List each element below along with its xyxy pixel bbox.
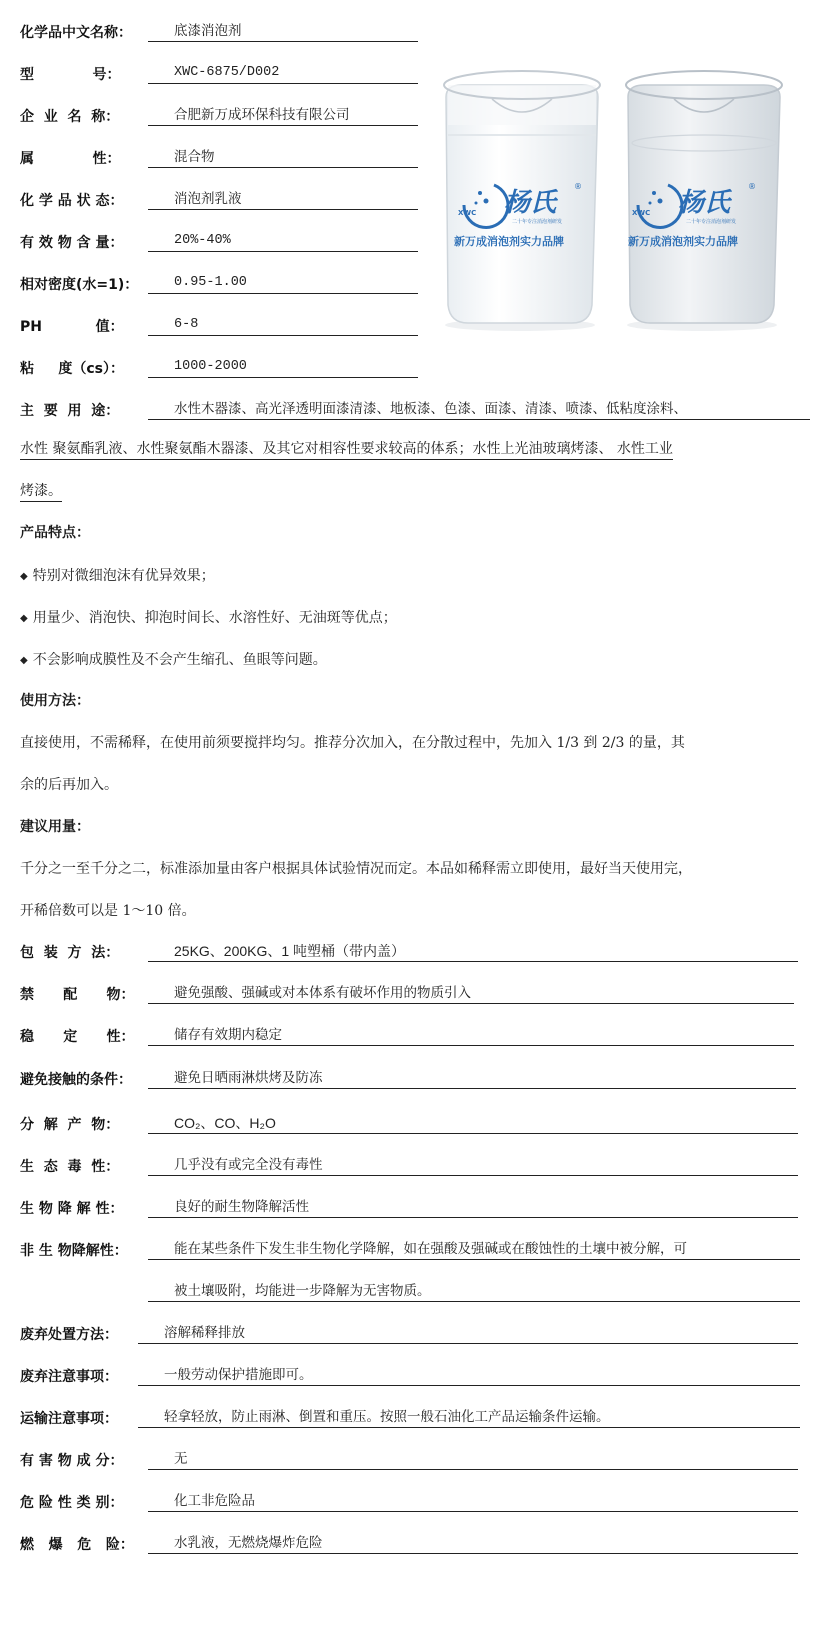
feature-item: 用量少、消泡快、抑泡时间长、水溶性好、无油斑等优点； (20, 607, 810, 627)
dosage-line: 千分之一至千分之二，标准添加量由客户根据具体试验情况而定。本品如稀释需立即使用，… (20, 858, 810, 878)
field-value: 避免日晒雨淋烘烤及防冻 (148, 1069, 796, 1089)
svg-text:®: ® (574, 182, 582, 191)
field-disposal-notes: 废弃注意事项： 一般劳动保护措施即可。 (20, 1362, 118, 1386)
field-packaging: 包 装 方 法： 25KG、200KG、1 吨塑桶（带内盖） (20, 938, 119, 962)
field-label: 稳 定 性： (20, 1028, 135, 1046)
field-value: 合肥新万成环保科技有限公司 (148, 106, 418, 126)
field-label: 包 装 方 法： (20, 944, 119, 962)
field-relative-density: 相对密度(水=1)： 0.95-1.00 (20, 270, 138, 294)
svg-text:杨氏: 杨氏 (678, 188, 733, 218)
svg-text:新万成消泡剂实力品牌: 新万成消泡剂实力品牌 (454, 234, 564, 248)
field-active-content: 有 效 物 含 量： 20%-40% (20, 228, 124, 252)
field-label: 燃 爆 危 险： (20, 1536, 134, 1554)
field-disposal-method: 废弃处置方法： 溶解稀释排放 (20, 1320, 118, 1344)
field-value: XWC-6875/D002 (148, 64, 418, 84)
field-chinese-name: 化学品中文名称： 底漆消泡剂 (20, 18, 132, 42)
main-use-line-2: 水性 聚氨酯乳液、水性聚氨酯木器漆、及其它对相容性要求较高的体系；水性上光油玻璃… (20, 438, 810, 460)
field-label: 分 解 产 物： (20, 1116, 119, 1134)
field-label: 禁 配 物： (20, 986, 135, 1004)
field-label: 生 态 毒 性： (20, 1158, 119, 1176)
field-decomposition: 分 解 产 物： CO₂、CO、H₂O (20, 1110, 119, 1134)
main-use-text: 水性 聚氨酯乳液、水性聚氨酯木器漆、及其它对相容性要求较高的体系；水性上光油玻璃… (20, 438, 673, 460)
field-eco-toxicity: 生 态 毒 性： 几乎没有或完全没有毒性 (20, 1152, 119, 1176)
field-biodegradability: 生 物 降 解 性： 良好的耐生物降解活性 (20, 1194, 124, 1218)
field-value: 化工非危险品 (148, 1492, 798, 1512)
field-label: 废弃注意事项： (20, 1368, 118, 1386)
field-label: 生 物 降 解 性： (20, 1200, 124, 1218)
field-value: 25KG、200KG、1 吨塑桶（带内盖） (148, 942, 798, 962)
field-hazardous-components: 有 害 物 成 分： 无 (20, 1446, 124, 1470)
main-use-text: 烤漆。 (20, 480, 62, 502)
field-avoid-conditions: 避免接触的条件： 避免日晒雨淋烘烤及防冻 (20, 1065, 132, 1089)
field-fire-explosion: 燃 爆 危 险： 水乳液，无燃烧爆炸危险 (20, 1530, 134, 1554)
field-label: 废弃处置方法： (20, 1326, 118, 1344)
usage-line: 余的后再加入。 (20, 774, 810, 794)
field-label: 有 害 物 成 分： (20, 1452, 124, 1470)
field-label: 运输注意事项： (20, 1410, 118, 1428)
field-value: 良好的耐生物降解活性 (148, 1198, 798, 1218)
field-label: 化 学 品 状 态： (20, 192, 124, 210)
field-value: 溶解稀释排放 (138, 1324, 798, 1344)
svg-text:新万成消泡剂实力品牌: 新万成消泡剂实力品牌 (628, 234, 738, 248)
svg-text:XWC: XWC (632, 209, 650, 217)
svg-text:二十年专注消泡剂研发: 二十年专注消泡剂研发 (686, 218, 736, 225)
field-label: 危 险 性 类 别： (20, 1494, 124, 1512)
field-incompatible: 禁 配 物： 避免强酸、强碱或对本体系有破坏作用的物质引入 (20, 980, 135, 1004)
field-value: 无 (148, 1450, 798, 1470)
feature-item: 不会影响成膜性及不会产生缩孔、鱼眼等问题。 (20, 649, 810, 669)
field-label: 有 效 物 含 量： (20, 234, 124, 252)
field-value: 几乎没有或完全没有毒性 (148, 1156, 798, 1176)
usage-heading: 使用方法： (20, 690, 90, 710)
field-label: 属 性： (20, 150, 121, 168)
field-label: 型 号： (20, 66, 121, 84)
product-image: XWC 杨氏 ® 二十年专注消泡剂研发 新万成消泡剂实力品牌 XWC 杨氏 ® … (432, 55, 802, 335)
field-value: 避免强酸、强碱或对本体系有破坏作用的物质引入 (148, 984, 794, 1004)
beakers-illustration: XWC 杨氏 ® 二十年专注消泡剂研发 新万成消泡剂实力品牌 XWC 杨氏 ® … (432, 55, 802, 335)
field-label: 避免接触的条件： (20, 1071, 132, 1089)
field-value: 消泡剂乳液 (148, 190, 418, 210)
field-value: 轻拿轻放，防止雨淋、倒置和重压。按照一般石油化工产品运输条件运输。 (138, 1408, 800, 1428)
field-value: 0.95-1.00 (148, 274, 418, 294)
field-label: 相对密度(水=1)： (20, 276, 138, 294)
feature-item: 特别对微细泡沫有优异效果； (20, 565, 810, 585)
field-state: 化 学 品 状 态： 消泡剂乳液 (20, 186, 124, 210)
field-label: 非 生 物降解性： (20, 1242, 128, 1260)
field-label: 化学品中文名称： (20, 24, 132, 42)
field-value: 水乳液，无燃烧爆炸危险 (148, 1534, 798, 1554)
svg-text:杨氏: 杨氏 (504, 188, 559, 218)
field-value: 一般劳动保护措施即可。 (138, 1366, 800, 1386)
field-viscosity: 粘 度（cs）： 1000-2000 (20, 354, 124, 378)
dosage-line: 开稀倍数可以是 1～10 倍。 (20, 900, 810, 920)
svg-text:XWC: XWC (458, 209, 476, 217)
field-label: 企 业 名 称： (20, 108, 119, 126)
field-stability: 稳 定 性： 储存有效期内稳定 (20, 1022, 135, 1046)
field-property: 属 性： 混合物 (20, 144, 121, 168)
svg-text:®: ® (748, 182, 756, 191)
field-value: 水性木器漆、高光泽透明面漆清漆、地板漆、色漆、面漆、清漆、喷漆、低粘度涂料、 (148, 400, 810, 420)
dosage-heading: 建议用量： (20, 816, 90, 836)
field-value: 20%-40% (148, 232, 418, 252)
usage-line: 直接使用，不需稀释，在使用前须要搅拌均匀。推荐分次加入，在分散过程中，先加入 1… (20, 732, 810, 752)
field-ph: PH 值： 6-8 (20, 312, 124, 336)
field-main-use: 主 要 用 途： 水性木器漆、高光泽透明面漆清漆、地板漆、色漆、面漆、清漆、喷漆… (20, 396, 810, 420)
features-heading: 产品特点： (20, 522, 90, 542)
field-value: 6-8 (148, 316, 418, 336)
field-model: 型 号： XWC-6875/D002 (20, 60, 121, 84)
field-value: 混合物 (148, 148, 418, 168)
field-transport-notes: 运输注意事项： 轻拿轻放，防止雨淋、倒置和重压。按照一般石油化工产品运输条件运输… (20, 1404, 118, 1428)
field-value: 1000-2000 (148, 358, 418, 378)
field-value: 被土壤吸附，均能进一步降解为无害物质。 (148, 1282, 800, 1302)
svg-text:二十年专注消泡剂研发: 二十年专注消泡剂研发 (512, 218, 562, 225)
field-company: 企 业 名 称： 合肥新万成环保科技有限公司 (20, 102, 119, 126)
field-value: 储存有效期内稳定 (148, 1026, 794, 1046)
field-abiotic-degradation: 非 生 物降解性： 能在某些条件下发生非生物化学降解，如在强酸及强碱或在酸蚀性的… (20, 1236, 128, 1260)
field-value: 能在某些条件下发生非生物化学降解，如在强酸及强碱或在酸蚀性的土壤中被分解，可 (148, 1240, 800, 1260)
field-label: 主 要 用 途： (20, 402, 119, 420)
field-hazard-class: 危 险 性 类 别： 化工非危险品 (20, 1488, 124, 1512)
field-value: 底漆消泡剂 (148, 22, 418, 42)
field-label: 粘 度（cs）： (20, 360, 124, 378)
field-value: CO₂、CO、H₂O (148, 1114, 798, 1134)
field-label: PH 值： (20, 318, 124, 336)
main-use-line-3: 烤漆。 (20, 480, 810, 502)
